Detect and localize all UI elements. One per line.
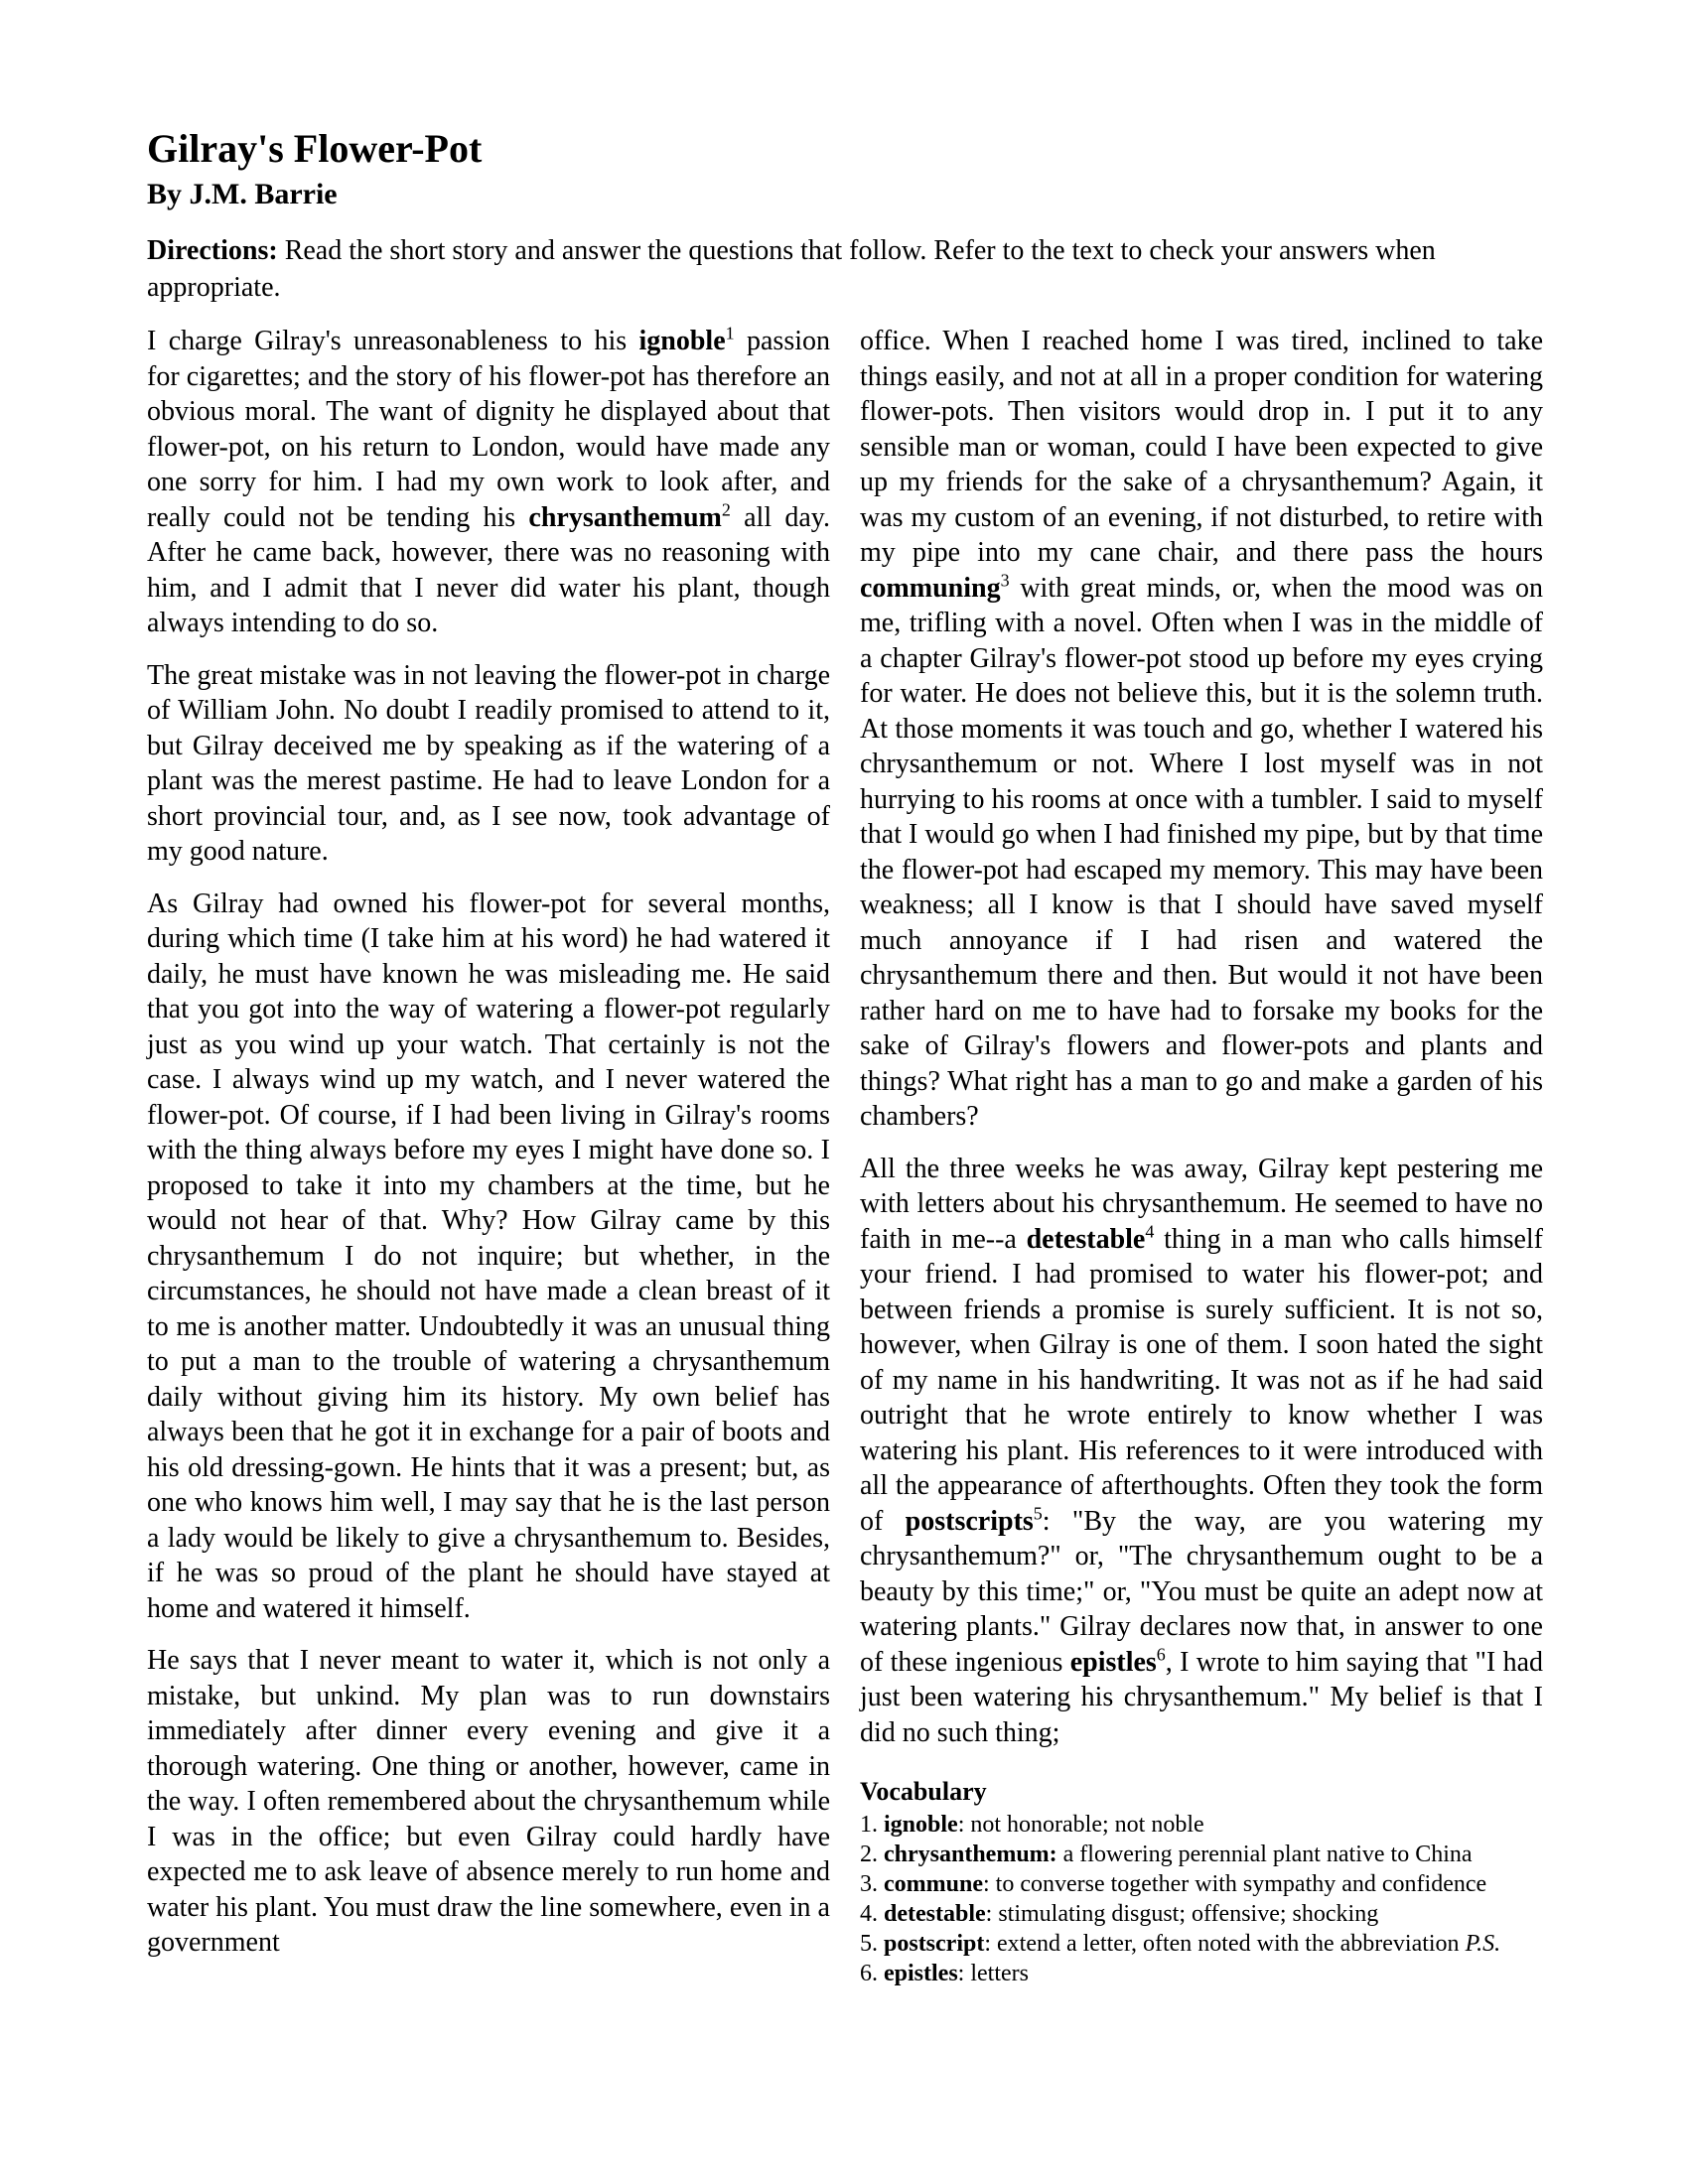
text-run: : stimulating disgust; offensive; shocki… bbox=[986, 1901, 1379, 1927]
story-paragraph: I charge Gilray's unreasonableness to hi… bbox=[147, 324, 830, 641]
vocab-term-bold: detestable bbox=[1027, 1224, 1146, 1255]
text-run: I charge Gilray's unreasonableness to hi… bbox=[147, 326, 638, 356]
text-run: office. When I reached home I was tired,… bbox=[860, 326, 1543, 568]
text-run: P.S. bbox=[1466, 1931, 1501, 1957]
vocab-term-bold: detestable bbox=[884, 1901, 986, 1927]
vocab-term-bold: epistles bbox=[884, 1961, 958, 1986]
directions-label: Directions: bbox=[147, 235, 278, 266]
directions: Directions: Read the short story and ans… bbox=[147, 232, 1543, 306]
text-run: 2. bbox=[860, 1842, 884, 1867]
text-run: with great minds, or, when the mood was … bbox=[860, 573, 1543, 1133]
directions-text: Read the short story and answer the ques… bbox=[147, 235, 1436, 303]
story-column-left: I charge Gilray's unreasonableness to hi… bbox=[147, 324, 830, 1978]
footnote-superscript: 3 bbox=[1001, 570, 1010, 590]
vocabulary-list: 1. ignoble: not honorable; not noble2. c… bbox=[860, 1810, 1543, 1988]
story-paragraph-group-left: I charge Gilray's unreasonableness to hi… bbox=[147, 324, 830, 1961]
vocabulary-item: 1. ignoble: not honorable; not noble bbox=[860, 1810, 1543, 1840]
footnote-superscript: 2 bbox=[722, 499, 731, 519]
text-run: The great mistake was in not leaving the… bbox=[147, 660, 830, 868]
text-run: : not honorable; not noble bbox=[958, 1812, 1204, 1838]
page-title: Gilray's Flower-Pot bbox=[147, 125, 1543, 173]
footnote-superscript: 6 bbox=[1157, 1644, 1166, 1664]
text-run: He says that I never meant to water it, … bbox=[147, 1645, 830, 1958]
vocabulary-item: 2. chrysanthemum: a flowering perennial … bbox=[860, 1840, 1543, 1869]
vocabulary-item: 3. commune: to converse together with sy… bbox=[860, 1869, 1543, 1899]
byline: By J.M. Barrie bbox=[147, 177, 1543, 212]
text-run: thing in a man who calls himself your fr… bbox=[860, 1224, 1543, 1537]
vocabulary-section: Vocabulary 1. ignoble: not honorable; no… bbox=[860, 1776, 1543, 1988]
vocab-term-bold: chrysanthemum: bbox=[884, 1842, 1057, 1867]
text-run: 4. bbox=[860, 1901, 884, 1927]
text-run: a flowering perennial plant native to Ch… bbox=[1057, 1842, 1473, 1867]
vocabulary-item: 4. detestable: stimulating disgust; offe… bbox=[860, 1899, 1543, 1929]
footnote-superscript: 5 bbox=[1034, 1503, 1043, 1523]
footnote-superscript: 4 bbox=[1145, 1221, 1154, 1241]
vocab-term-bold: communing bbox=[860, 573, 1001, 604]
story-paragraph: He says that I never meant to water it, … bbox=[147, 1643, 830, 1961]
story-column-right: office. When I reached home I was tired,… bbox=[860, 324, 1543, 1988]
footnote-superscript: 1 bbox=[726, 324, 735, 343]
vocab-term-bold: postscript bbox=[884, 1931, 984, 1957]
text-run: : letters bbox=[958, 1961, 1029, 1986]
vocab-term-bold: ignoble bbox=[884, 1812, 958, 1838]
text-run: 3. bbox=[860, 1871, 884, 1897]
vocabulary-heading: Vocabulary bbox=[860, 1776, 1543, 1808]
vocab-term-bold: postscripts bbox=[906, 1506, 1034, 1537]
vocabulary-item: 5. postscript: extend a letter, often no… bbox=[860, 1929, 1543, 1959]
story-paragraph: All the three weeks he was away, Gilray … bbox=[860, 1152, 1543, 1751]
text-run: As Gilray had owned his flower-pot for s… bbox=[147, 888, 830, 1624]
story-columns: I charge Gilray's unreasonableness to hi… bbox=[147, 324, 1543, 1988]
story-paragraph: office. When I reached home I was tired,… bbox=[860, 324, 1543, 1135]
story-paragraph: As Gilray had owned his flower-pot for s… bbox=[147, 887, 830, 1627]
document-page: Gilray's Flower-Pot By J.M. Barrie Direc… bbox=[0, 0, 1688, 1988]
text-run: 6. bbox=[860, 1961, 884, 1986]
text-run: : to converse together with sympathy and… bbox=[983, 1871, 1486, 1897]
vocab-term-bold: commune bbox=[884, 1871, 983, 1897]
vocab-term-bold: ignoble bbox=[638, 326, 725, 356]
text-run: 1. bbox=[860, 1812, 884, 1838]
text-run: : extend a letter, often noted with the … bbox=[984, 1931, 1465, 1957]
vocab-term-bold: epistles bbox=[1070, 1647, 1157, 1678]
text-run: 5. bbox=[860, 1931, 884, 1957]
vocab-term-bold: chrysanthemum bbox=[528, 502, 721, 533]
story-paragraph-group-right: office. When I reached home I was tired,… bbox=[860, 324, 1543, 1750]
vocabulary-item: 6. epistles: letters bbox=[860, 1959, 1543, 1988]
story-paragraph: The great mistake was in not leaving the… bbox=[147, 658, 830, 870]
